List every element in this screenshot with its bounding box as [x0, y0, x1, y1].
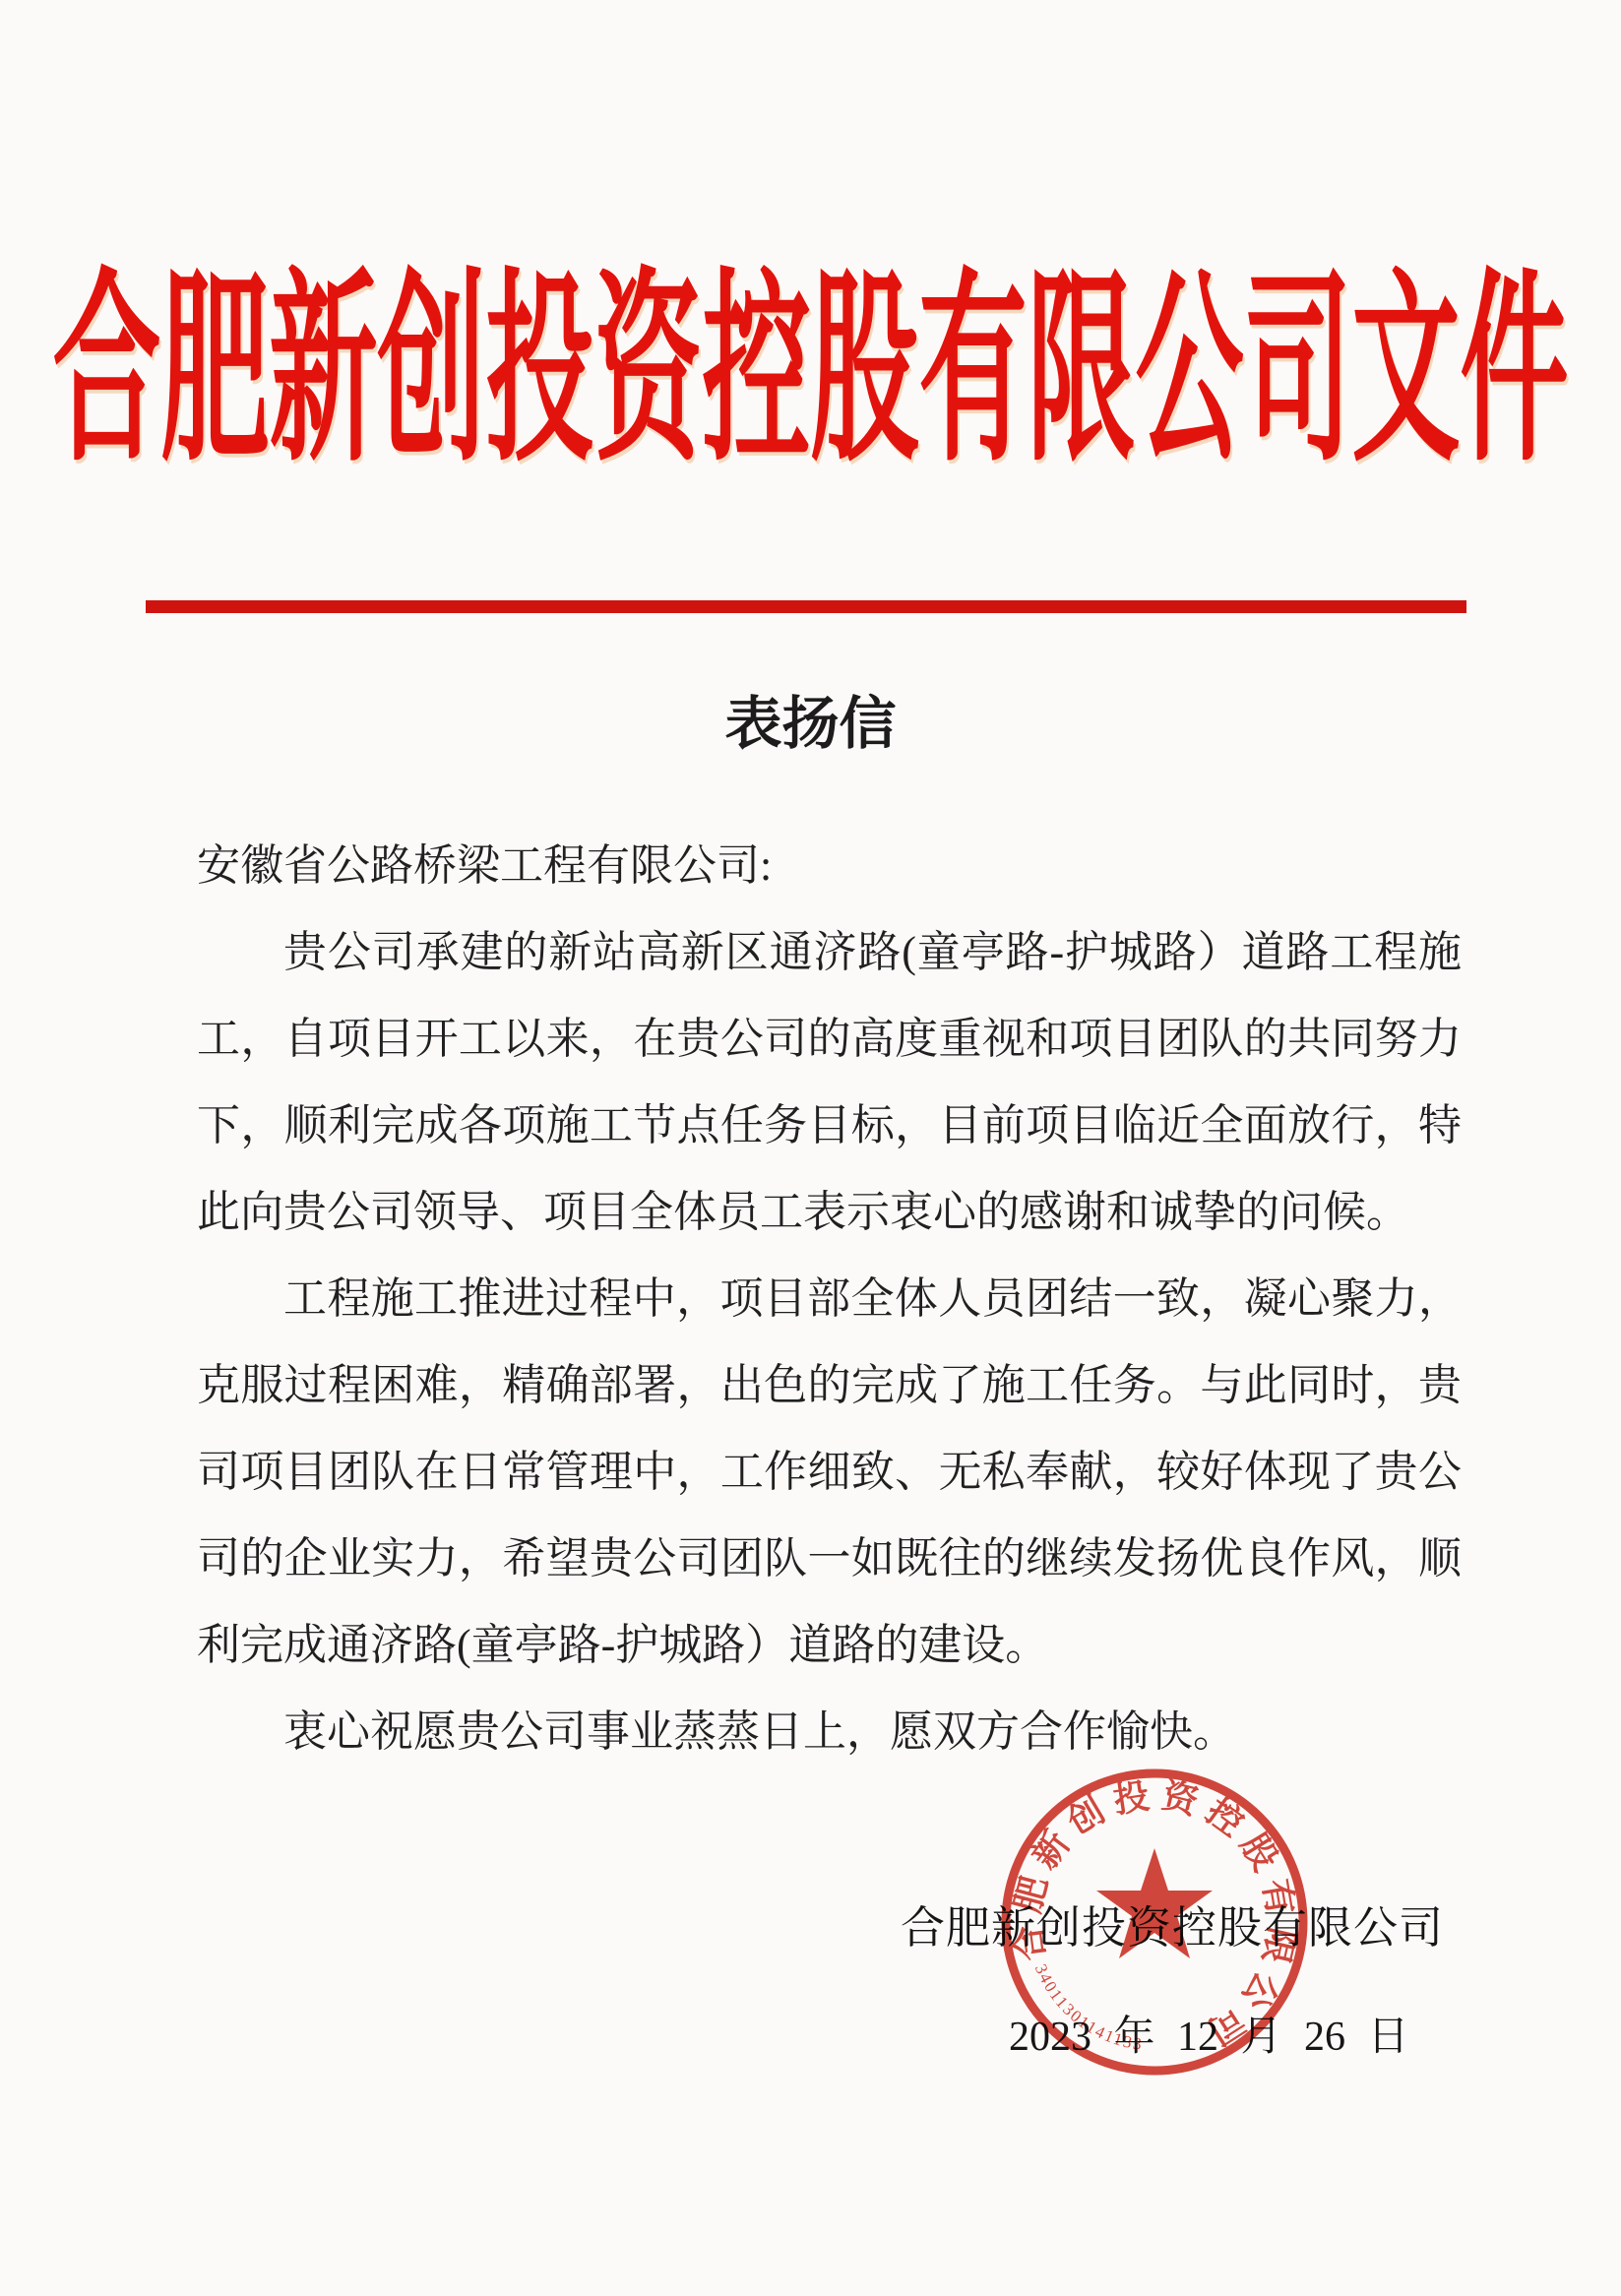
letterhead-divider: [146, 600, 1466, 613]
body-line: 贵公司承建的新站高新区通济路(童亭路-护城路）道路工程施: [197, 925, 1462, 1012]
body-line: 下，顺利完成各项施工节点任务目标，目前项目临近全面放行，特: [197, 1098, 1462, 1185]
seal-code-text: 34011301141133: [1031, 1961, 1145, 2054]
body-lines: 安徽省公路桥梁工程有限公司:贵公司承建的新站高新区通济路(童亭路-护城路）道路工…: [197, 838, 1462, 1791]
body-line: 利完成通济路(童亭路-护城路）道路的建设。: [197, 1618, 1462, 1705]
document-page: 合肥新创投资控股有限公司文件 表扬信 安徽省公路桥梁工程有限公司:贵公司承建的新…: [0, 0, 1621, 2296]
body-line: 工程施工推进过程中，项目部全体人员团结一致，凝心聚力，: [197, 1272, 1462, 1358]
body-line: 工，自项目开工以来，在贵公司的高度重视和项目团队的共同努力: [197, 1012, 1462, 1098]
letterhead-title: 合肥新创投资控股有限公司文件: [0, 269, 1621, 474]
body-line: 司的企业实力，希望贵公司团队一如既往的继续发扬优良作风，顺: [197, 1531, 1462, 1618]
body-line: 克服过程困难，精确部署，出色的完成了施工任务。与此同时，贵: [197, 1358, 1462, 1445]
company-seal-stamp: 合肥新创投资控股有限公司 34011301141133: [997, 1765, 1312, 2079]
body-line: 此向贵公司领导、项目全体员工表示衷心的感谢和诚挚的问候。: [197, 1185, 1462, 1272]
letter-title: 表扬信: [0, 686, 1621, 763]
body-line: 司项目团队在日常管理中，工作细致、无私奉献，较好体现了贵公: [197, 1445, 1462, 1531]
seal-star-icon: [1096, 1848, 1213, 1958]
body-line: 安徽省公路桥梁工程有限公司:: [197, 838, 1462, 925]
